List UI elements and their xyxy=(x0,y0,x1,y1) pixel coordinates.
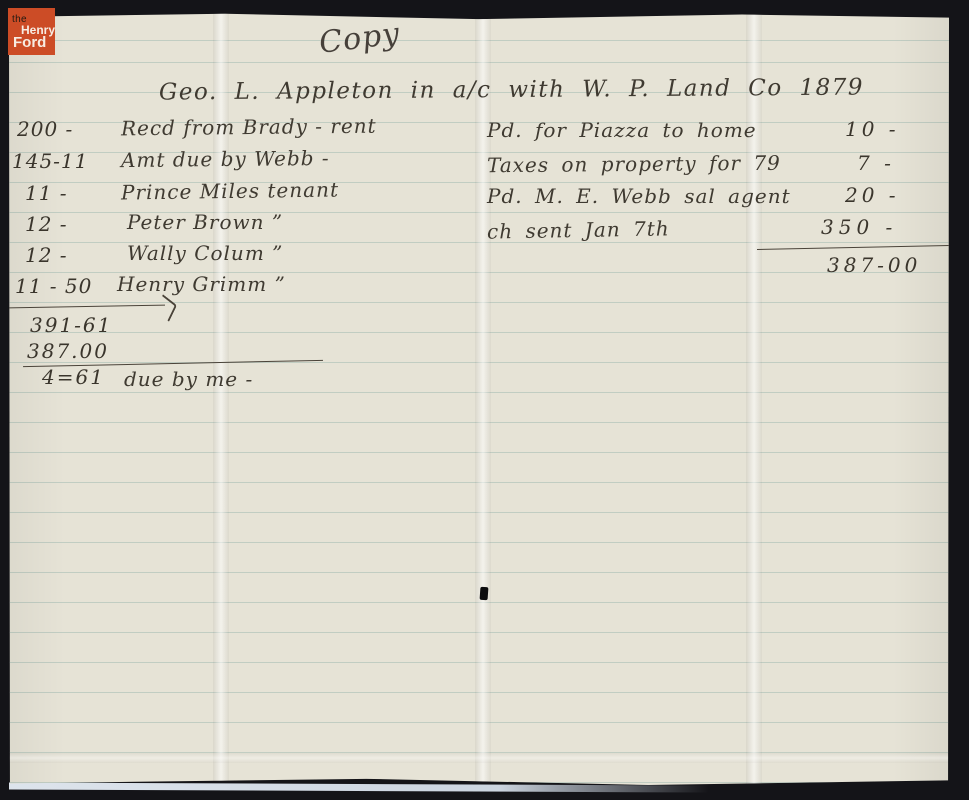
balance-amount: 4=61 xyxy=(42,365,105,389)
right-total-amount: 387-00 xyxy=(827,253,921,277)
balance-note: due by me - xyxy=(124,367,253,391)
ledger-paper: Copy Geo. L. Appleton in a/c with W. P. … xyxy=(9,13,949,785)
entry-amount: 12 - xyxy=(25,212,68,236)
entry-description: Wally Colum ” xyxy=(127,241,283,265)
subtotal-amount: 391-61 xyxy=(30,313,112,337)
entry-amount: 350 - xyxy=(821,215,897,239)
credit-amount: 387.00 xyxy=(27,339,109,363)
account-heading: Geo. L. Appleton in a/c with W. P. Land … xyxy=(159,75,864,106)
summation-chevron-mark xyxy=(155,294,177,322)
entry-description: Recd from Brady - rent xyxy=(121,114,377,141)
entry-description: Pd. M. E. Webb sal agent xyxy=(487,184,791,208)
logo-text-ford: Ford xyxy=(13,34,46,51)
entry-description: Pd. for Piazza to home xyxy=(487,118,757,142)
entry-amount: 200 - xyxy=(17,117,73,141)
entry-amount: 7 - xyxy=(857,151,895,175)
entry-amount: 20 - xyxy=(845,183,900,207)
entry-description: Henry Grimm ” xyxy=(117,272,286,296)
ink-dot xyxy=(480,587,489,601)
total-rule-line xyxy=(757,245,949,250)
entry-description: Amt due by Webb - xyxy=(121,146,330,172)
entry-description: Taxes on property for 79 xyxy=(487,151,781,178)
entry-amount: 12 - xyxy=(25,243,68,267)
entry-amount: 11 - 50 xyxy=(15,274,92,298)
sum-rule-line xyxy=(9,305,165,309)
entry-description: ch sent Jan 7th xyxy=(487,216,670,243)
henry-ford-logo: the Henry Ford xyxy=(8,8,55,55)
scanned-document-page: Copy Geo. L. Appleton in a/c with W. P. … xyxy=(0,0,969,800)
entry-description: Peter Brown ” xyxy=(127,210,283,234)
entry-amount: 10 - xyxy=(845,117,900,141)
entry-description: Prince Miles tenant xyxy=(121,177,339,204)
entry-amount: 11 - xyxy=(25,181,68,205)
document-label: Copy xyxy=(317,16,402,61)
entry-amount: 145-11 xyxy=(12,149,88,173)
fold-crease-bottom xyxy=(9,753,949,763)
